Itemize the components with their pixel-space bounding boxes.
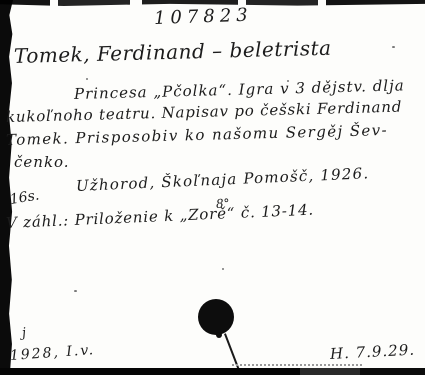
scan-background-strip xyxy=(0,375,425,390)
punch-hole xyxy=(198,299,234,335)
collation: 16s. xyxy=(9,187,41,207)
catalog-card-scan: 107823 Tomek, Ferdinand – beletrista Pri… xyxy=(0,0,425,390)
card-bottom-edge xyxy=(0,368,425,375)
processing-date: H. 7.9.29. xyxy=(330,341,416,363)
title-line-3: Tomek. Prisposobiv ko našomu Sergěj Šev- xyxy=(6,121,388,149)
stray-annotation: j xyxy=(21,326,27,341)
scan-speck xyxy=(287,80,289,82)
punch-hole-tail xyxy=(216,332,222,338)
accession-note: 1928, I.v. xyxy=(9,342,95,364)
scan-edge-left xyxy=(0,0,13,378)
series-note: V záhl.: Priloženie k „Zorě“ č. 13-14. xyxy=(6,201,315,232)
title-line-4: čenko. xyxy=(14,153,70,171)
scan-speck xyxy=(222,268,224,270)
author-heading: Tomek, Ferdinand – beletrista xyxy=(14,36,332,68)
imprint-line: Užhorod, Škoľnaja Pomošč, 1926. xyxy=(76,164,370,195)
card-number: 107823 xyxy=(154,5,253,29)
scan-speck xyxy=(86,78,88,80)
scan-speck xyxy=(74,290,77,292)
scan-speck xyxy=(392,46,395,48)
